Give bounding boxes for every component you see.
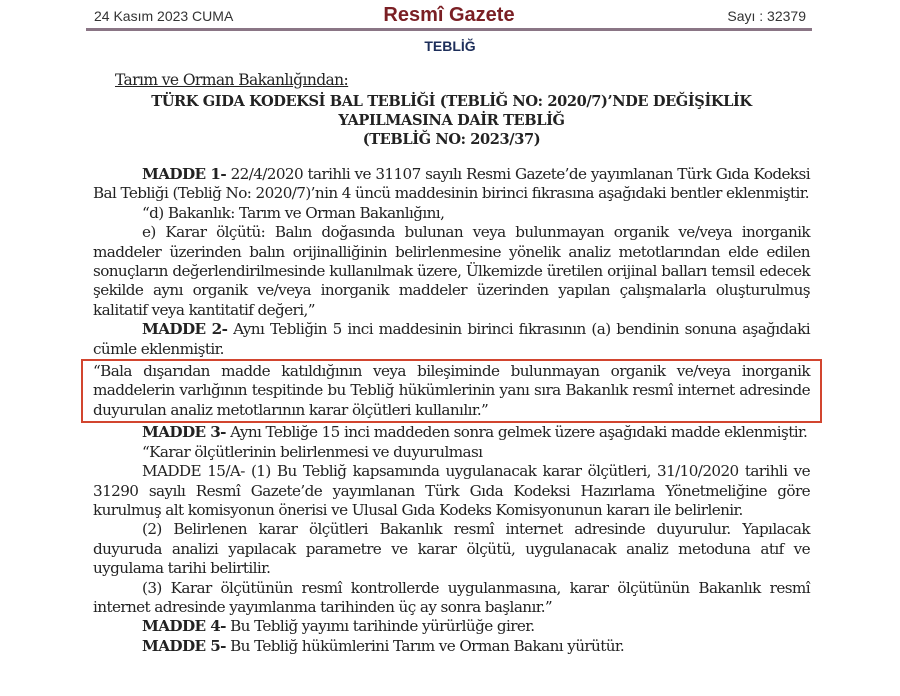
- article-5-label: MADDE 5-: [142, 637, 226, 655]
- article-4: MADDE 4- Bu Tebliğ yayımı tarihinde yürü…: [93, 617, 810, 636]
- article-5: MADDE 5- Bu Tebliğ hükümlerini Tarım ve …: [93, 637, 810, 656]
- article-1: MADDE 1- 22/4/2020 tarihli ve 31107 sayı…: [93, 165, 810, 204]
- gazette-title: Resmî Gazete: [86, 4, 812, 27]
- article-2-quote: “Bala dışarıdan madde katıldığının veya …: [93, 362, 810, 420]
- article-1-label: MADDE 1-: [142, 165, 226, 183]
- issuing-ministry: Tarım ve Orman Bakanlığından:: [115, 70, 810, 90]
- document-title: TÜRK GIDA KODEKSİ BAL TEBLİĞİ (TEBLİĞ NO…: [93, 92, 810, 149]
- article-5-text: Bu Tebliğ hükümlerini Tarım ve Orman Bak…: [226, 637, 624, 655]
- header-divider: [86, 28, 812, 31]
- document-body: Tarım ve Orman Bakanlığından: TÜRK GIDA …: [93, 70, 810, 656]
- article-15a-paragraph-1: MADDE 15/A- (1) Bu Tebliğ kapsamında uyg…: [93, 462, 810, 520]
- article-15a-paragraph-2: (2) Belirlenen karar ölçütleri Bakanlık …: [93, 520, 810, 578]
- article-3: MADDE 3- Aynı Tebliğe 15 inci maddeden s…: [93, 423, 810, 442]
- document-title-line-1: TÜRK GIDA KODEKSİ BAL TEBLİĞİ (TEBLİĞ NO…: [93, 92, 810, 111]
- gazette-header: 24 Kasım 2023 CUMA Resmî Gazete Sayı : 3…: [86, 4, 812, 30]
- document-title-line-2: YAPILMASINA DAİR TEBLİĞ: [93, 111, 810, 130]
- issue-number: Sayı : 32379: [727, 8, 806, 24]
- article-3-text: Aynı Tebliğe 15 inci maddeden sonra gelm…: [226, 423, 807, 441]
- highlighted-amendment-box: “Bala dışarıdan madde katıldığının veya …: [81, 359, 822, 423]
- section-heading: TEBLİĞ: [0, 38, 900, 54]
- article-1-clause-d: “d) Bakanlık: Tarım ve Orman Bakanlığını…: [93, 204, 810, 223]
- article-1-clause-e: e) Karar ölçütü: Balın doğasında bulunan…: [93, 223, 810, 320]
- article-4-text: Bu Tebliğ yayımı tarihinde yürürlüğe gir…: [226, 617, 535, 635]
- article-15a-paragraph-3: (3) Karar ölçütünün resmî kontrollerde u…: [93, 579, 810, 618]
- gazette-page: 24 Kasım 2023 CUMA Resmî Gazete Sayı : 3…: [0, 0, 900, 696]
- article-4-label: MADDE 4-: [142, 617, 226, 635]
- article-15a-heading: “Karar ölçütlerinin belirlenmesi ve duyu…: [93, 443, 810, 462]
- document-title-line-3: (TEBLİĞ NO: 2023/37): [93, 130, 810, 149]
- article-2-label: MADDE 2-: [142, 320, 227, 338]
- article-2: MADDE 2- Aynı Tebliğin 5 inci maddesinin…: [93, 320, 810, 359]
- article-3-label: MADDE 3-: [142, 423, 226, 441]
